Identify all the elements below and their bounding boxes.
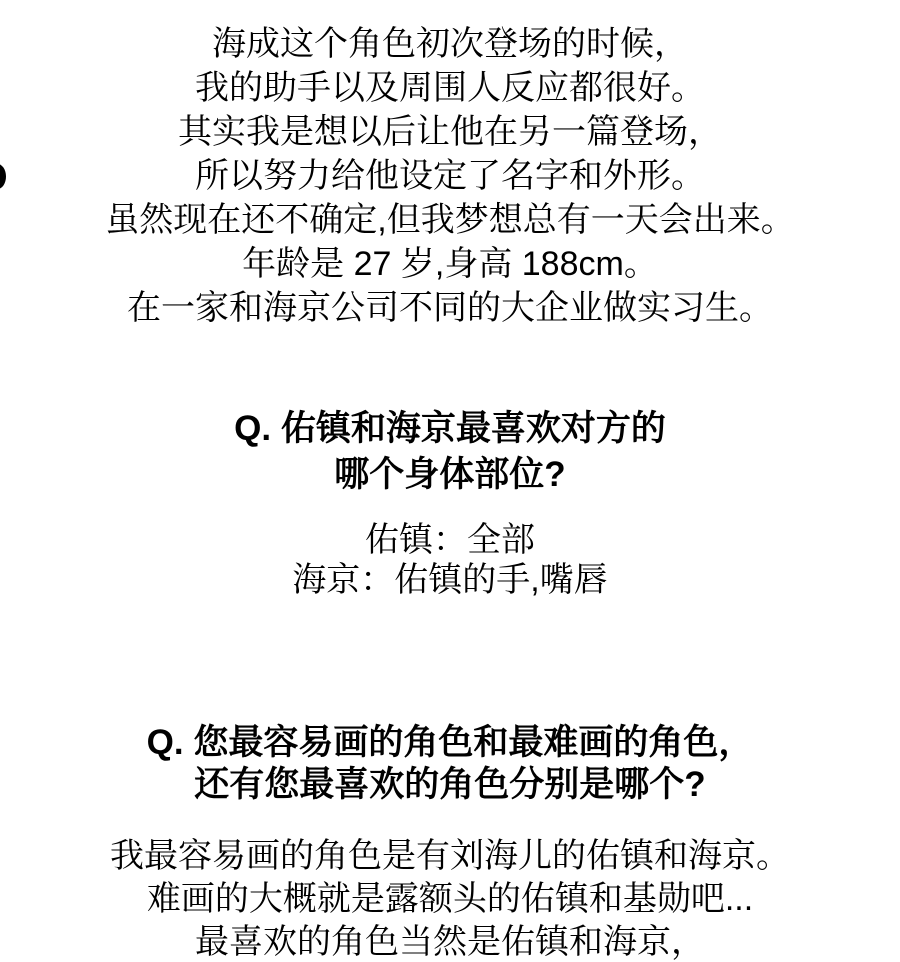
haecheng-profile-paragraph: 海成这个角色初次登场的时候， 我的助手以及周围人反应都很好。 其实我是想以后让他…: [0, 22, 900, 330]
answer-line: 佑镇：全部: [0, 520, 900, 560]
answer-line: 海京：佑镇的手,嘴唇: [0, 560, 900, 600]
qa-page: 海成这个角色初次登场的时候， 我的助手以及周围人反应都很好。 其实我是想以后让他…: [0, 0, 900, 962]
question-favorite-body-part: Q. 佑镇和海京最喜欢对方的 哪个身体部位?: [0, 406, 900, 498]
question-line: Q. 您最容易画的角色和最难画的角色，: [0, 722, 900, 764]
text-line: 海成这个角色初次登场的时候，: [0, 22, 900, 66]
question-line: Q. 佑镇和海京最喜欢对方的: [0, 406, 900, 452]
answer-line: 难画的大概就是露额头的佑镇和基勋吧...: [0, 878, 900, 921]
text-line: 虽然现在还不确定,但我梦想总有一天会出来。: [0, 198, 900, 242]
answer-line: 我最容易画的角色是有刘海儿的佑镇和海京。: [0, 835, 900, 878]
text-line: 所以努力给他设定了名字和外形。: [0, 154, 900, 198]
text-line: 我的助手以及周围人反应都很好。: [0, 66, 900, 110]
text-line: 在一家和海京公司不同的大企业做实习生。: [0, 286, 900, 330]
question-easiest-hardest-character: Q. 您最容易画的角色和最难画的角色， 还有您最喜欢的角色分别是哪个?: [0, 722, 900, 806]
answer-line: 最喜欢的角色当然是佑镇和海京，: [0, 921, 900, 962]
answer-favorite-body-part: 佑镇：全部 海京：佑镇的手,嘴唇: [0, 520, 900, 600]
text-line: 年龄是 27 岁,身高 188cm。: [0, 242, 900, 286]
question-line: 哪个身体部位?: [0, 452, 900, 498]
question-line: 还有您最喜欢的角色分别是哪个?: [0, 764, 900, 806]
text-line: 其实我是想以后让他在另一篇登场，: [0, 110, 900, 154]
answer-easiest-hardest-character: 我最容易画的角色是有刘海儿的佑镇和海京。 难画的大概就是露额头的佑镇和基勋吧..…: [0, 835, 900, 962]
